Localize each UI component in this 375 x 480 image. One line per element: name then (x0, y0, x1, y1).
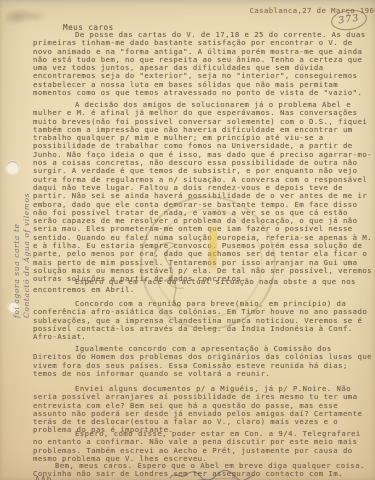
margin-note-line: foi agora sua carta te (12, 223, 21, 318)
pencil-smudge-mark (4, 4, 50, 28)
margin-note-line: Contactó de Água of vilemos (22, 193, 31, 318)
letter-paragraph: De posse das cartas do V. de 17,18 e 25 … (33, 31, 373, 97)
letter-paragraph: Igualmente concordo com a apresentação à… (33, 345, 373, 378)
closing-initials: AAb (35, 475, 52, 480)
letter-paragraph: Espero, como disse, poder estar em Con. … (33, 430, 373, 463)
letter-paragraph: Enviei alguns documentos p/ a Miguéis, j… (33, 385, 373, 435)
scanned-letter-page: Casablanca,27 de Março 1960 373 Meus car… (0, 0, 375, 480)
handwritten-signature (168, 469, 256, 480)
handwritten-margin-note: foi agora sua carta te Contactó de Água … (12, 168, 34, 318)
